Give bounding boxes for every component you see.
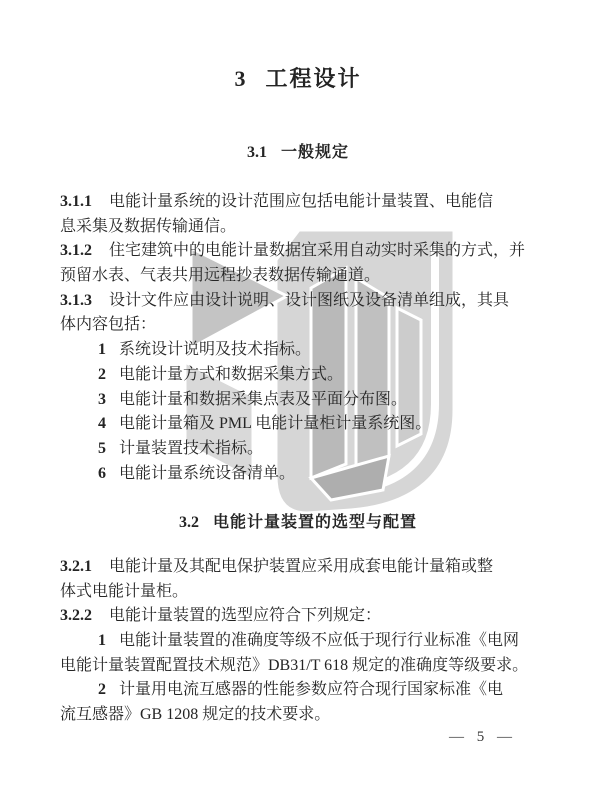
clause-number: 3.1.1 [60, 193, 92, 210]
body-text-line: 住宅建筑中的电能计量数据宜采用自动实时采集的方式，并 [109, 242, 525, 259]
clause-line: 3.2.2电能计量装置的选型应符合下列规定： [60, 604, 540, 629]
body-block-1: 3.1.1电能计量系统的设计范围应包括电能计量装置、电能信 息采集及数据传输通信… [60, 190, 540, 486]
item-number: 2 [98, 366, 106, 383]
list-item: 5计量装置技术指标。 [60, 437, 540, 462]
section-number: 3.1 [247, 144, 267, 161]
body-text-line: 电能计量和数据采集点表及平面分布图。 [119, 391, 407, 408]
list-item: 4电能计量箱及 PML 电能计量柜计量系统图。 [60, 412, 540, 437]
list-item: 3电能计量和数据采集点表及平面分布图。 [60, 388, 540, 413]
body-text-line: 设计文件应由设计说明、设计图纸及设备清单组成，其具 [109, 292, 509, 309]
continuation-line: 息采集及数据传输通信。 [60, 215, 540, 240]
body-text-line: 息采集及数据传输通信。 [60, 218, 236, 235]
chapter-title: 3工程设计 [0, 64, 596, 94]
body-text-line: 计量装置技术指标。 [119, 440, 263, 457]
list-item: 2计量用电流互感器的性能参数应符合现行国家标准《电 [60, 678, 540, 703]
clause-line: 3.1.3设计文件应由设计说明、设计图纸及设备清单组成，其具 [60, 289, 540, 314]
body-text-line: 计量用电流互感器的性能参数应符合现行国家标准《电 [119, 681, 503, 698]
list-item: 1系统设计说明及技术指标。 [60, 338, 540, 363]
continuation-line: 预留水表、气表共用远程抄表数据传输通道。 [60, 264, 540, 289]
chapter-title-text: 工程设计 [265, 66, 361, 91]
section-heading-3-2: 3.2电能计量装置的选型与配置 [0, 510, 596, 536]
clause-line: 3.2.1电能计量及其配电保护装置应采用成套电能计量箱或整 [60, 555, 540, 580]
body-text-line: 体内容包括： [60, 316, 156, 333]
clause-number: 3.1.3 [60, 292, 92, 309]
item-number: 4 [98, 415, 106, 432]
continuation-line: 流互感器》GB 1208 规定的技术要求。 [60, 703, 540, 728]
body-text-line: 电能计量装置的准确度等级不应低于现行行业标准《电网 [119, 632, 519, 649]
body-text-line: 电能计量及其配电保护装置应采用成套电能计量箱或整 [109, 558, 493, 575]
list-item: 6电能计量系统设备清单。 [60, 462, 540, 487]
body-text-line: 电能计量方式和数据采集方式。 [119, 366, 343, 383]
document-page: 3工程设计 3.1一般规定 3.1.1电能计量系统的设计范围应包括电能计量装置、… [0, 0, 596, 792]
clause-line: 3.1.2住宅建筑中的电能计量数据宜采用自动实时采集的方式，并 [60, 239, 540, 264]
section-title-text: 一般规定 [281, 144, 349, 161]
clause-number: 3.2.2 [60, 607, 92, 624]
section-number: 3.2 [179, 514, 199, 531]
body-text-line: 电能计量箱及 PML 电能计量柜计量系统图。 [119, 415, 431, 432]
clause-number: 3.1.2 [60, 242, 92, 259]
page-number: — 5 — [449, 729, 512, 745]
clause-line: 3.1.1电能计量系统的设计范围应包括电能计量装置、电能信 [60, 190, 540, 215]
clause-number: 3.2.1 [60, 558, 92, 575]
item-number: 1 [98, 632, 106, 649]
continuation-line: 体内容包括： [60, 313, 540, 338]
list-item: 2电能计量方式和数据采集方式。 [60, 363, 540, 388]
body-block-2: 3.2.1电能计量及其配电保护装置应采用成套电能计量箱或整 体式电能计量柜。 3… [60, 555, 540, 728]
body-text-line: 电能计量系统的设计范围应包括电能计量装置、电能信 [109, 193, 493, 210]
chapter-number: 3 [234, 66, 245, 91]
section-title-text: 电能计量装置的选型与配置 [213, 514, 417, 531]
item-number: 3 [98, 391, 106, 408]
item-number: 6 [98, 465, 106, 482]
body-text-line: 预留水表、气表共用远程抄表数据传输通道。 [60, 267, 380, 284]
list-item: 1电能计量装置的准确度等级不应低于现行行业标准《电网 [60, 629, 540, 654]
section-heading-3-1: 3.1一般规定 [0, 140, 596, 166]
body-text-line: 电能计量装置的选型应符合下列规定： [109, 607, 381, 624]
item-number: 5 [98, 440, 106, 457]
body-text-line: 电能计量装置配置技术规范》DB31/T 618 规定的准确度等级要求。 [60, 657, 528, 674]
body-text-line: 体式电能计量柜。 [60, 583, 188, 600]
item-number: 2 [98, 681, 106, 698]
body-text-line: 电能计量系统设备清单。 [119, 465, 295, 482]
item-number: 1 [98, 341, 106, 358]
body-text-line: 系统设计说明及技术指标。 [119, 341, 311, 358]
body-text-line: 流互感器》GB 1208 规定的技术要求。 [60, 706, 330, 723]
continuation-line: 电能计量装置配置技术规范》DB31/T 618 规定的准确度等级要求。 [60, 654, 540, 679]
continuation-line: 体式电能计量柜。 [60, 580, 540, 605]
